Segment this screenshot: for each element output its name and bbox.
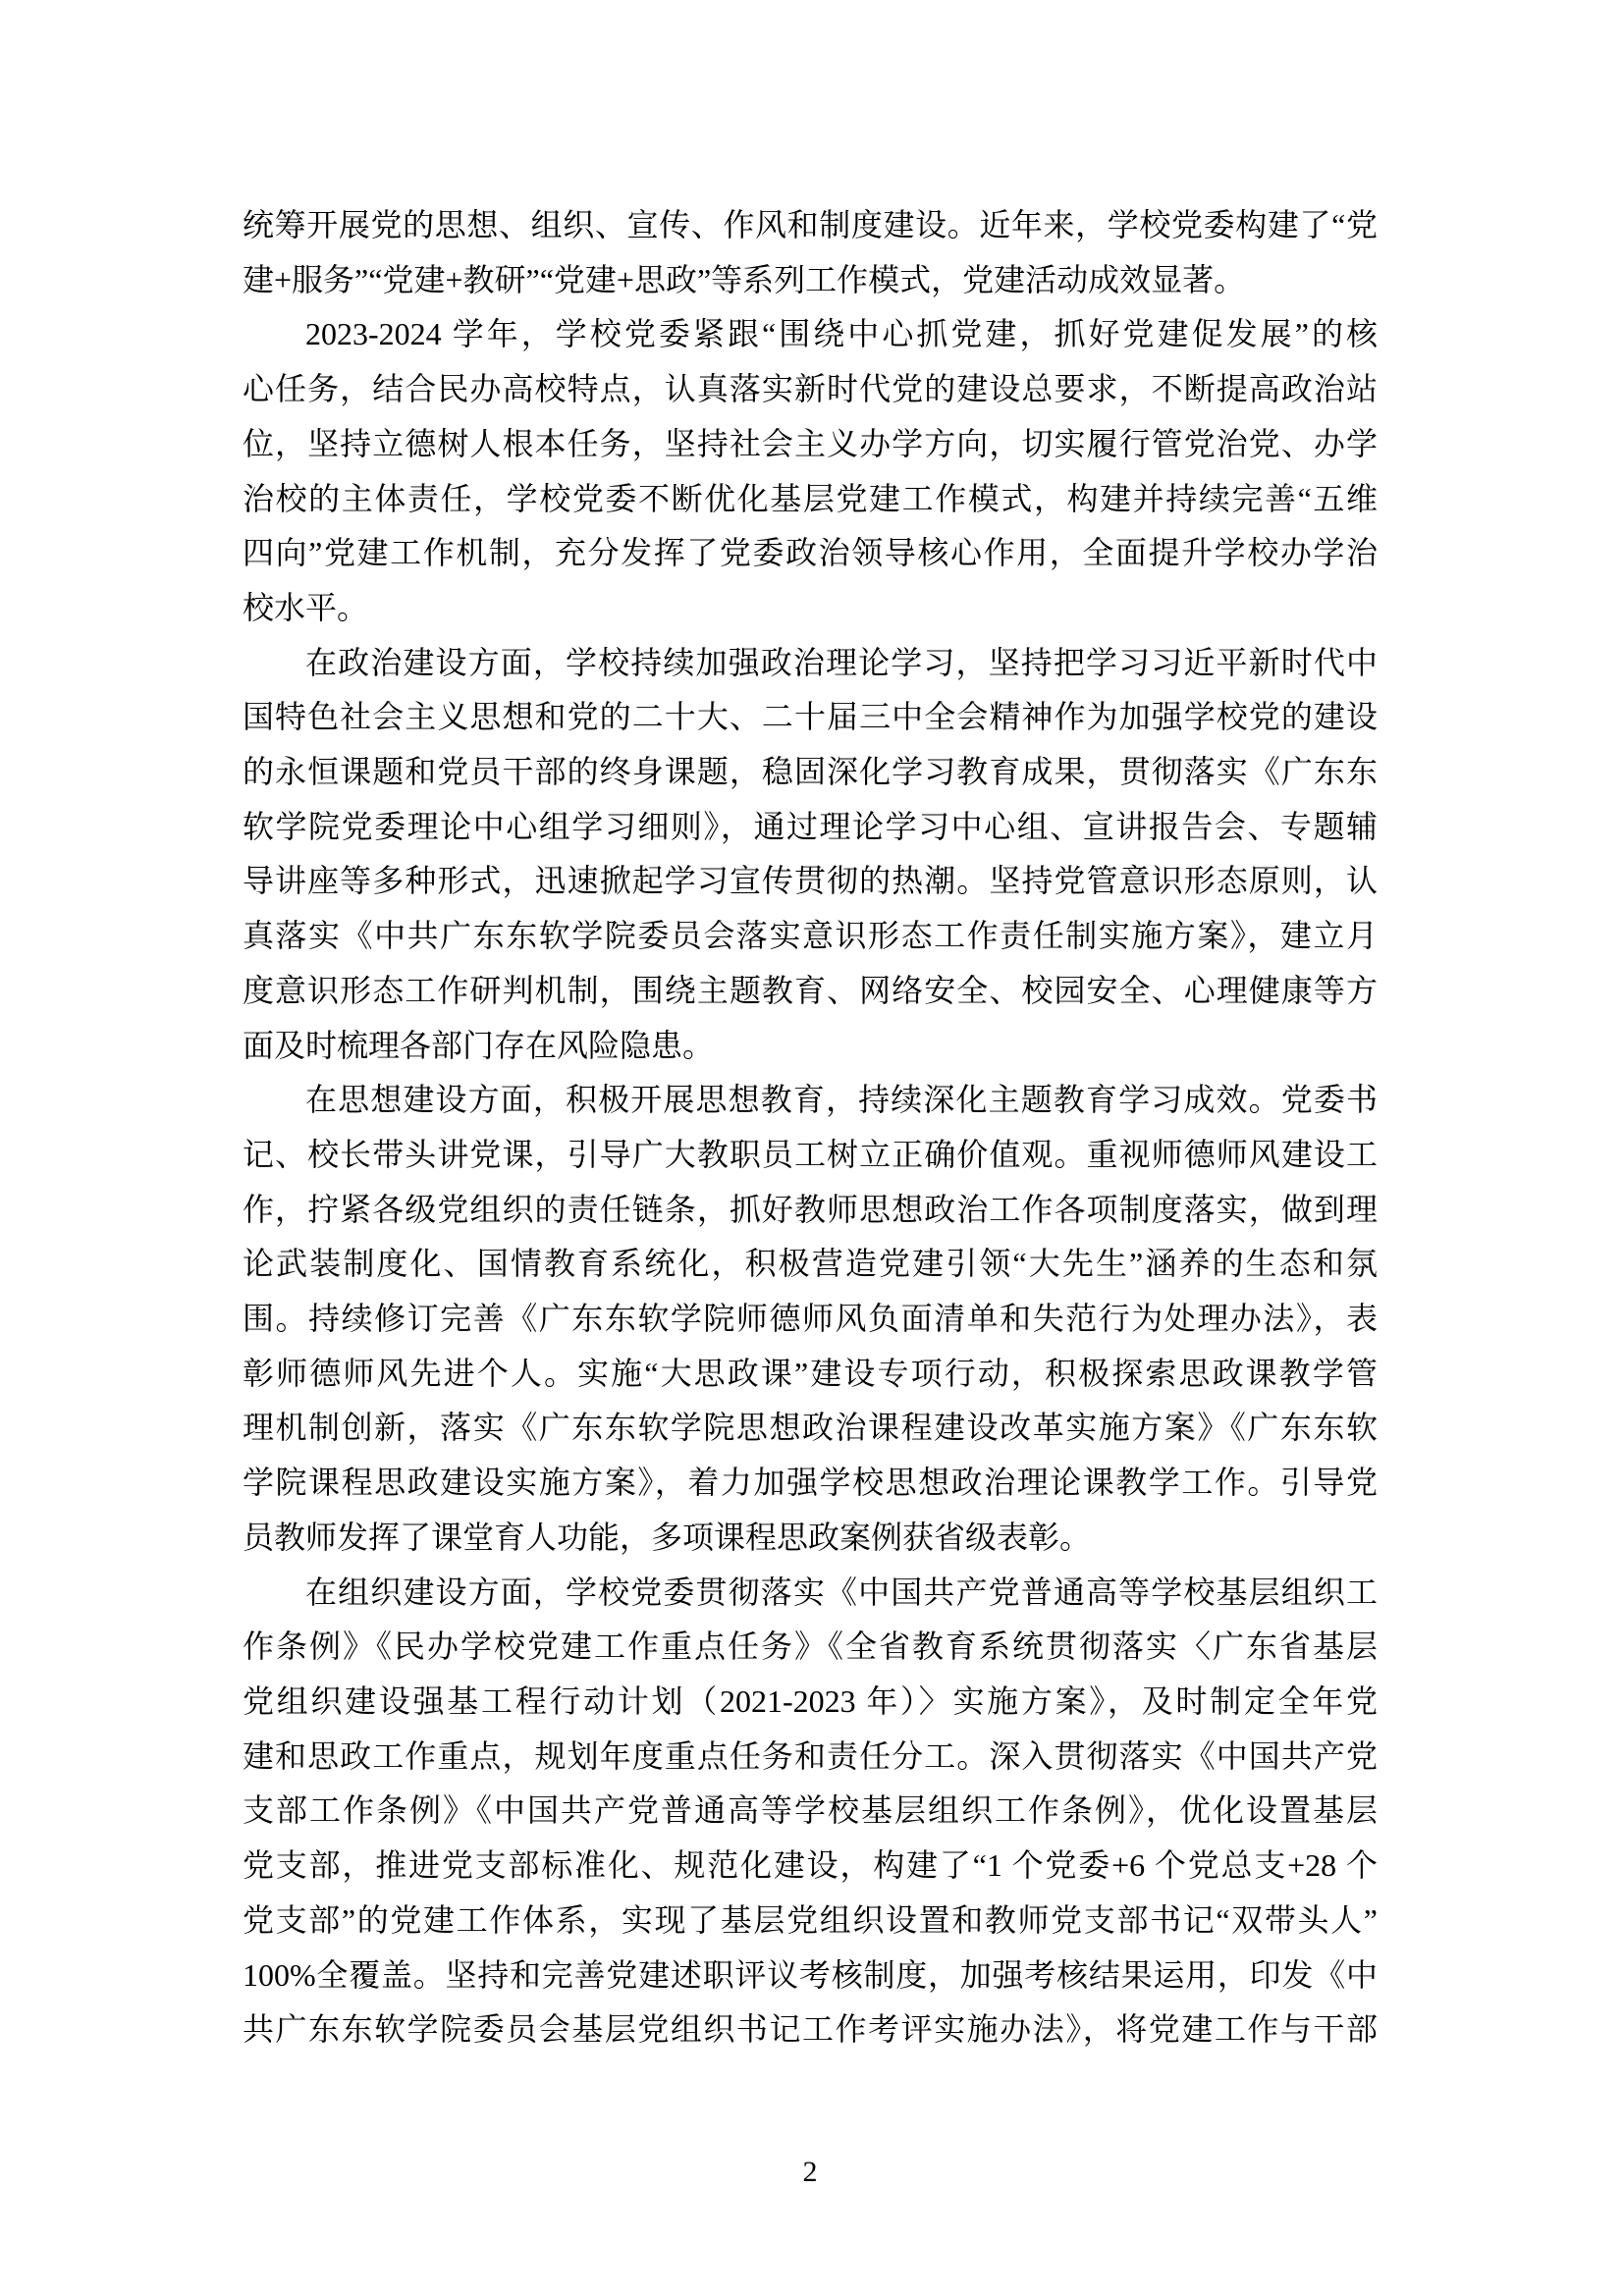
paragraph: 在组织建设方面，学校党委贯彻落实《中国共产党普通高等学校基层组织工作条例》《民办… — [243, 1566, 1378, 2057]
text-line: 校水平。 — [243, 581, 1378, 636]
text-line: 四向”党建工作机制，充分发挥了党委政治领导核心作用，全面提升学校办学治 — [243, 526, 1378, 581]
text-line: 软学院党委理论中心组学习细则》，通过理论学习中心组、宣讲报告会、专题辅 — [243, 800, 1378, 855]
page-footer: 2 — [243, 2156, 1378, 2189]
text-line: 的永恒课题和党员干部的终身课题，稳固深化学习教育成果，贯彻落实《广东东 — [243, 745, 1378, 800]
text-line: 面及时梳理各部门存在风险隐患。 — [243, 1019, 1378, 1074]
text-line: 真落实《中共广东东软学院委员会落实意识形态工作责任制实施方案》，建立月 — [243, 909, 1378, 964]
text-line: 党组织建设强基工程行动计划（2021-2023 年）〉实施方案》，及时制定全年党 — [243, 1675, 1378, 1730]
page-number: 2 — [803, 2156, 818, 2188]
text-block: 统筹开展党的思想、组织、宣传、作风和制度建设。近年来，学校党委构建了“党建+服务… — [243, 198, 1378, 2057]
document-page: 统筹开展党的思想、组织、宣传、作风和制度建设。近年来，学校党委构建了“党建+服务… — [0, 0, 1623, 2296]
text-line: 作，拧紧各级党组织的责任链条，抓好教师思想政治工作各项制度落实，做到理 — [243, 1183, 1378, 1238]
text-line: 心任务，结合民办高校特点，认真落实新时代党的建设总要求，不断提高政治站 — [243, 362, 1378, 417]
text-line: 建和思政工作重点，规划年度重点任务和责任分工。深入贯彻落实《中国共产党 — [243, 1730, 1378, 1785]
text-line: 2023-2024 学年，学校党委紧跟“围绕中心抓党建，抓好党建促发展”的核 — [243, 307, 1378, 362]
paragraph: 在政治建设方面，学校持续加强政治理论学习，坚持把学习习近平新时代中国特色社会主义… — [243, 636, 1378, 1074]
text-line: 党支部，推进党支部标准化、规范化建设，构建了“1 个党委+6 个党总支+28 个 — [243, 1839, 1378, 1894]
text-line: 国特色社会主义思想和党的二十大、二十届三中全会精神作为加强学校党的建设 — [243, 690, 1378, 745]
text-line: 党支部”的党建工作体系，实现了基层党组织设置和教师党支部书记“双带头人” — [243, 1894, 1378, 1949]
text-line: 学院课程思政建设实施方案》，着力加强学校思想政治理论课教学工作。引导党 — [243, 1456, 1378, 1511]
text-line: 支部工作条例》《中国共产党普通高等学校基层组织工作条例》，优化设置基层 — [243, 1784, 1378, 1839]
text-line: 建+服务”“党建+教研”“党建+思政”等系列工作模式，党建活动成效显著。 — [243, 253, 1378, 308]
text-line: 在政治建设方面，学校持续加强政治理论学习，坚持把学习习近平新时代中 — [243, 636, 1378, 691]
text-line: 在思想建设方面，积极开展思想教育，持续深化主题教育学习成效。党委书 — [243, 1073, 1378, 1128]
paragraph: 统筹开展党的思想、组织、宣传、作风和制度建设。近年来，学校党委构建了“党建+服务… — [243, 198, 1378, 307]
paragraph: 2023-2024 学年，学校党委紧跟“围绕中心抓党建，抓好党建促发展”的核心任… — [243, 307, 1378, 635]
text-line: 理机制创新，落实《广东东软学院思想政治课程建设改革实施方案》《广东东软 — [243, 1401, 1378, 1456]
text-line: 在组织建设方面，学校党委贯彻落实《中国共产党普通高等学校基层组织工 — [243, 1566, 1378, 1621]
text-line: 统筹开展党的思想、组织、宣传、作风和制度建设。近年来，学校党委构建了“党 — [243, 198, 1378, 253]
paragraph: 在思想建设方面，积极开展思想教育，持续深化主题教育学习成效。党委书记、校长带头讲… — [243, 1073, 1378, 1565]
text-line: 记、校长带头讲党课，引导广大教职员工树立正确价值观。重视师德师风建设工 — [243, 1128, 1378, 1183]
text-line: 度意识形态工作研判机制，围绕主题教育、网络安全、校园安全、心理健康等方 — [243, 964, 1378, 1019]
text-line: 围。持续修订完善《广东东软学院师德师风负面清单和失范行为处理办法》，表 — [243, 1292, 1378, 1347]
text-line: 导讲座等多种形式，迅速掀起学习宣传贯彻的热潮。坚持党管意识形态原则，认 — [243, 854, 1378, 909]
text-line: 100%全覆盖。坚持和完善党建述职评议考核制度，加强考核结果运用，印发《中 — [243, 1949, 1378, 2003]
text-line: 位，坚持立德树人根本任务，坚持社会主义办学方向，切实履行管党治党、办学 — [243, 417, 1378, 472]
text-line: 作条例》《民办学校党建工作重点任务》《全省教育系统贯彻落实〈广东省基层 — [243, 1620, 1378, 1675]
text-line: 彰师德师风先进个人。实施“大思政课”建设专项行动，积极探索思政课教学管 — [243, 1347, 1378, 1402]
text-line: 员教师发挥了课堂育人功能，多项课程思政案例获省级表彰。 — [243, 1511, 1378, 1566]
text-line: 论武装制度化、国情教育系统化，积极营造党建引领“大先生”涵养的生态和氛 — [243, 1237, 1378, 1292]
text-line: 共广东东软学院委员会基层党组织书记工作考评实施办法》，将党建工作与干部 — [243, 2002, 1378, 2057]
text-line: 治校的主体责任，学校党委不断优化基层党建工作模式，构建并持续完善“五维 — [243, 472, 1378, 527]
